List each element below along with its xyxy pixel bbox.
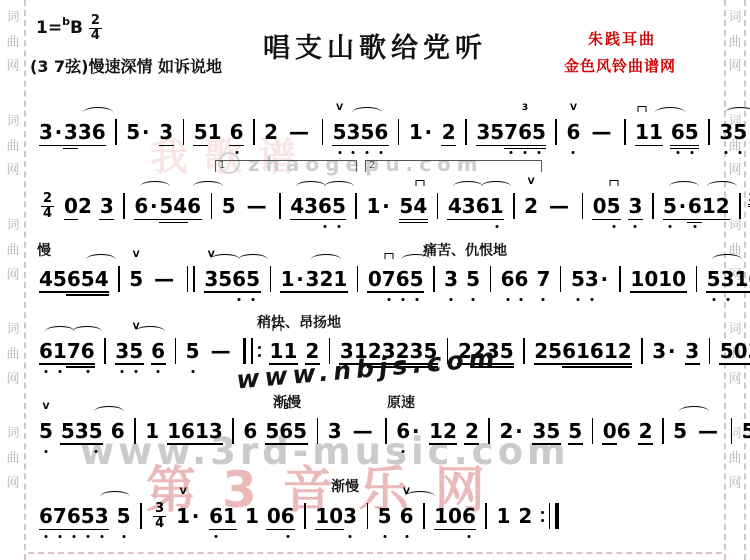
note-group: 6 bbox=[111, 419, 125, 443]
expression-label: 渐慢 bbox=[331, 476, 359, 496]
barline bbox=[364, 503, 371, 529]
note-group: 1 bbox=[145, 419, 159, 443]
dash-note: — bbox=[549, 194, 569, 218]
down-bow-mark bbox=[416, 180, 425, 186]
slur-arc bbox=[83, 107, 113, 118]
down-bow-mark bbox=[384, 253, 393, 259]
sheet-music-page: 词曲网词曲网词曲网词曲网词曲网 词曲网词曲网词曲网词曲网词曲网 1=bB 2 4… bbox=[0, 0, 750, 560]
barline bbox=[113, 119, 120, 145]
note-group: 2235 bbox=[458, 339, 514, 363]
barline bbox=[579, 193, 586, 219]
note-group: 11 bbox=[270, 339, 298, 363]
expression-label: 稍快、昂扬地 bbox=[257, 312, 341, 332]
slur-arc bbox=[45, 326, 75, 337]
note-group: 35 bbox=[719, 120, 747, 144]
note-group: 4365 bbox=[290, 194, 346, 218]
note-group: 1 bbox=[496, 504, 510, 528]
note-row: 3·3365·35162—5V3561·23576356V—1165353346… bbox=[35, 118, 750, 146]
breath-mark: V bbox=[42, 403, 49, 412]
dash-note: — bbox=[154, 267, 174, 291]
slur-arc bbox=[352, 107, 382, 118]
note-group: 5 bbox=[117, 504, 131, 528]
score-line-5: 渐慢原速5V535611613656353—6·1222·3550625—5·0… bbox=[35, 418, 750, 444]
barline bbox=[326, 338, 333, 364]
breath-mark: V bbox=[570, 104, 577, 113]
barline bbox=[172, 338, 179, 364]
note-group: 54 bbox=[399, 194, 427, 218]
slur-arc bbox=[72, 326, 102, 337]
note-group: 35 bbox=[532, 419, 560, 443]
barline bbox=[383, 418, 390, 444]
note-group: 02 bbox=[64, 194, 92, 218]
dash-note: — bbox=[247, 194, 267, 218]
note-group: 12 bbox=[429, 419, 457, 443]
barline bbox=[121, 193, 128, 219]
note-group: 05 bbox=[593, 194, 621, 218]
expression-label: 慢 bbox=[37, 240, 51, 260]
note-group: 61 bbox=[209, 504, 237, 528]
barline bbox=[241, 338, 263, 364]
note-group: 2 bbox=[465, 419, 479, 443]
barline bbox=[589, 418, 596, 444]
slur-arc bbox=[193, 181, 223, 192]
note-group: 5V bbox=[39, 419, 53, 443]
note-group: 535 bbox=[61, 419, 103, 443]
note-group: 65 bbox=[671, 120, 699, 144]
note-group: 6 bbox=[243, 419, 257, 443]
slur-arc bbox=[135, 326, 165, 337]
note-group: 2 bbox=[264, 120, 278, 144]
barline bbox=[277, 193, 284, 219]
barline bbox=[617, 266, 624, 292]
margin-char-group: 词曲网 bbox=[6, 422, 19, 496]
slur-arc bbox=[655, 107, 685, 118]
note-group: 6· bbox=[396, 419, 421, 443]
note-group: 6176 bbox=[39, 339, 95, 363]
triplet-mark: 3 bbox=[522, 104, 528, 113]
note-group: 1· bbox=[366, 194, 391, 218]
note-group: 3 bbox=[685, 339, 699, 363]
barline bbox=[395, 119, 402, 145]
note-group: 5·612 bbox=[663, 194, 730, 218]
score-line-1: 3·3365·35162—5V3561·23576356V—1165353346… bbox=[35, 118, 750, 146]
barline bbox=[230, 418, 237, 444]
barline bbox=[102, 338, 109, 364]
barline bbox=[728, 418, 735, 444]
score-line-6: 渐慢676535341V·6110610356V10612 bbox=[35, 502, 564, 530]
down-bow-mark bbox=[637, 106, 646, 112]
note-group: 4361 bbox=[448, 194, 504, 218]
slur-arc bbox=[401, 254, 431, 265]
note-group: 5V bbox=[129, 267, 143, 291]
slur-arc bbox=[210, 254, 240, 265]
barline bbox=[180, 119, 187, 145]
note-group: 3· bbox=[652, 339, 677, 363]
barline bbox=[621, 119, 628, 145]
note-group: 2 bbox=[442, 120, 456, 144]
note-group: 5· bbox=[126, 120, 151, 144]
slur-arc bbox=[453, 181, 483, 192]
note-group: 103 bbox=[315, 504, 357, 528]
barline bbox=[660, 418, 667, 444]
note-group: 6 bbox=[230, 120, 244, 144]
note-group: 5V356 bbox=[333, 120, 389, 144]
barline bbox=[138, 503, 145, 529]
note-group: 6V bbox=[400, 504, 414, 528]
volta-bracket-2: 2 bbox=[365, 160, 542, 172]
inline-time-signature: 24 bbox=[41, 192, 54, 220]
barline bbox=[463, 119, 470, 145]
note-group: 2V bbox=[524, 194, 538, 218]
note-group: 3123235 bbox=[340, 339, 437, 363]
note-group: 2561612 bbox=[534, 339, 631, 363]
breath-mark: V bbox=[336, 104, 343, 113]
note-group: 3 bbox=[159, 120, 173, 144]
note-group: 1010 bbox=[630, 267, 686, 291]
breath-mark: V bbox=[133, 251, 140, 260]
slur-arc bbox=[481, 181, 511, 192]
note-group: 1 bbox=[245, 504, 259, 528]
barline bbox=[431, 266, 438, 292]
score-line-3: 慢痛苦、仇恨地456545V—3V5651·32107653566753·101… bbox=[35, 266, 750, 292]
bottom-dashed-border bbox=[28, 552, 722, 554]
dash-note: — bbox=[591, 120, 611, 144]
barline bbox=[116, 266, 123, 292]
note-group: 6 bbox=[151, 339, 165, 363]
barline bbox=[354, 266, 361, 292]
note-group: 06 bbox=[603, 419, 631, 443]
barline bbox=[706, 119, 713, 145]
slur-arc bbox=[324, 181, 354, 192]
note-group: 51 bbox=[194, 120, 222, 144]
note-row: 676535341V·6110610356V10612 bbox=[35, 502, 564, 530]
down-bow-mark bbox=[609, 180, 618, 186]
score-line-4: 稍快、昂扬地617635V65—1123123235223525616123·3… bbox=[35, 338, 750, 364]
barline bbox=[444, 338, 451, 364]
note-group: 7 bbox=[536, 267, 550, 291]
note-row: 5V535611613656353—6·1222·3550625—5·05653… bbox=[35, 418, 750, 444]
note-row: 240236·5465—43651·5443612V—0535·612353—3… bbox=[35, 192, 750, 220]
inline-time-signature: 34 bbox=[153, 502, 166, 530]
slur-arc bbox=[679, 406, 709, 417]
barline bbox=[267, 266, 274, 292]
triplet-mark: 3 bbox=[283, 403, 289, 412]
note-group: 1V· bbox=[176, 504, 201, 528]
note-group: 35V bbox=[115, 339, 143, 363]
note-group: 45654 bbox=[39, 267, 109, 291]
barline bbox=[483, 503, 490, 529]
note-group: 5310 bbox=[707, 267, 750, 291]
note-group: 67653 bbox=[39, 504, 109, 528]
note-group: 3 bbox=[628, 194, 642, 218]
barline bbox=[486, 418, 493, 444]
barline bbox=[487, 266, 494, 292]
note-group: 5 bbox=[466, 267, 480, 291]
slur-arc bbox=[669, 181, 699, 192]
source-site-credit: 金色风铃曲谱网 bbox=[564, 55, 676, 76]
note-group: 5 bbox=[673, 419, 687, 443]
slur-arc bbox=[296, 181, 326, 192]
left-margin-watermark-text: 词曲网词曲网词曲网词曲网词曲网 bbox=[2, 6, 24, 560]
note-group: 6·546 bbox=[134, 194, 201, 218]
dash-note: — bbox=[353, 419, 373, 443]
margin-char-group: 词曲网 bbox=[6, 214, 19, 288]
barline bbox=[421, 503, 428, 529]
note-group: 5 bbox=[378, 504, 392, 528]
margin-char-group: 词曲网 bbox=[6, 110, 19, 184]
note-group: 6V bbox=[567, 120, 581, 144]
barline bbox=[521, 338, 528, 364]
expression-label: 原速 bbox=[387, 392, 415, 412]
barline bbox=[706, 338, 713, 364]
barline bbox=[184, 266, 197, 292]
note-group: 66 bbox=[501, 267, 529, 291]
note-group: 5 bbox=[186, 339, 200, 363]
note-group: 11 bbox=[635, 120, 663, 144]
dash-note: — bbox=[211, 339, 231, 363]
volta-bracket-1: 1 bbox=[215, 160, 357, 172]
barline bbox=[250, 119, 257, 145]
slur-arc bbox=[238, 254, 268, 265]
barline bbox=[302, 503, 309, 529]
left-dashed-border bbox=[24, 0, 26, 560]
note-group: 2 bbox=[305, 339, 319, 363]
barline bbox=[314, 418, 321, 444]
note-row: 456545V—3V5651·32107653566753·101053102·… bbox=[35, 266, 750, 292]
note-group: 3·336 bbox=[39, 120, 106, 144]
barline bbox=[434, 193, 441, 219]
composer-credit: 朱践耳曲 bbox=[588, 28, 656, 49]
slur-arc bbox=[311, 254, 341, 265]
note-group: 06 bbox=[267, 504, 295, 528]
note-group: 5 bbox=[222, 194, 236, 218]
barline bbox=[539, 503, 561, 529]
barline bbox=[553, 119, 560, 145]
barline bbox=[511, 193, 518, 219]
note-group: 5· bbox=[742, 419, 750, 443]
dash-note: — bbox=[698, 419, 718, 443]
note-group: 1613 bbox=[167, 419, 223, 443]
slur-arc bbox=[140, 181, 170, 192]
slur-arc bbox=[405, 491, 435, 502]
note-group: 1·321 bbox=[281, 267, 348, 291]
note-group: 5030 bbox=[720, 339, 750, 363]
note-group: 2 bbox=[639, 419, 653, 443]
score-line-2: 12240236·5465—43651·5443612V—0535·612353… bbox=[35, 192, 750, 220]
expression-label: 痛苦、仇恨地 bbox=[423, 240, 507, 260]
note-group: 106 bbox=[434, 504, 476, 528]
barline bbox=[319, 119, 326, 145]
note-group: 3 bbox=[328, 419, 342, 443]
barline bbox=[649, 193, 656, 219]
barline bbox=[208, 193, 215, 219]
slur-arc bbox=[86, 254, 116, 265]
dash-note: — bbox=[289, 120, 309, 144]
barline bbox=[737, 193, 744, 219]
note-group: 2· bbox=[499, 419, 524, 443]
note-group: 5 bbox=[568, 419, 582, 443]
note-group: 2 bbox=[518, 504, 532, 528]
barline bbox=[639, 338, 646, 364]
note-group: 3V565 bbox=[204, 267, 260, 291]
slur-arc bbox=[94, 406, 124, 417]
breath-mark: V bbox=[180, 488, 187, 497]
note-group: 3 bbox=[100, 194, 114, 218]
note-group: 0765 bbox=[368, 267, 424, 291]
breath-mark: V bbox=[528, 178, 535, 187]
slur-arc bbox=[100, 491, 130, 502]
barline bbox=[693, 266, 700, 292]
note-group: 357635 bbox=[476, 120, 546, 144]
note-group: 1· bbox=[409, 120, 434, 144]
note-group: 53· bbox=[571, 267, 610, 291]
barline bbox=[557, 266, 564, 292]
note-row: 617635V65—1123123235223525616123·3503021… bbox=[35, 338, 750, 364]
barline bbox=[353, 193, 360, 219]
margin-char-group: 词曲网 bbox=[6, 318, 19, 392]
down-bow-mark bbox=[272, 325, 281, 331]
barline bbox=[132, 418, 139, 444]
note-group: 5635 bbox=[265, 419, 307, 443]
note-group: 3 bbox=[444, 267, 458, 291]
